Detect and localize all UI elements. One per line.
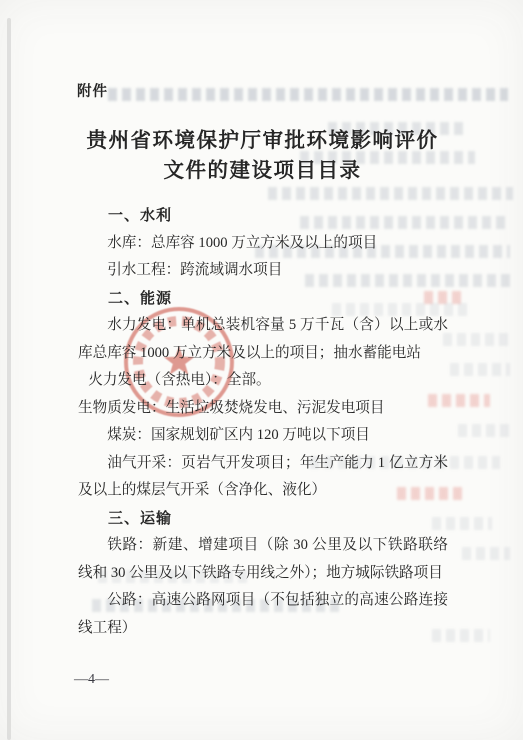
catalog-item-biomass-power: 生物质发电：生活垃圾焚烧发电、污泥发电项目 — [78, 395, 448, 423]
catalog-item-oil-gas: 油气开采：页岩气开发项目；年生产能力 1 亿立方米及以上的煤层气开采（含净化、液… — [78, 450, 448, 505]
scan-edge-shadow — [7, 18, 11, 740]
scanned-document-page: 附件 贵州省环境保护厅审批环境影响评价 文件的建设项目目录 一、水利 水库：总库… — [0, 0, 523, 740]
attachment-label: 附件 — [77, 80, 108, 101]
bleed-through-artifact — [450, 363, 510, 376]
section-heading-transport: 三、运输 — [78, 505, 448, 533]
bleed-through-artifact — [458, 424, 510, 437]
bleed-through-artifact — [443, 333, 511, 346]
bleed-through-artifact — [108, 88, 508, 101]
document-title-line1: 贵州省环境保护厅审批环境影响评价 — [70, 126, 455, 156]
catalog-item-coal: 煤炭：国家规划矿区内 120 万吨以下项目 — [78, 422, 448, 450]
catalog-item-highway: 公路：高速公路网项目（不包括独立的高速公路连接线工程） — [78, 587, 448, 642]
catalog-item-water-diversion: 引水工程：跨流域调水项目 — [78, 257, 448, 285]
section-heading-water: 一、水利 — [78, 202, 448, 230]
document-body: 一、水利 水库：总库容 1000 万立方米及以上的项目 引水工程：跨流域调水项目… — [78, 202, 448, 642]
document-title-line2: 文件的建设项目目录 — [70, 156, 455, 186]
bleed-through-artifact — [268, 187, 513, 200]
page-number: —4— — [74, 672, 109, 688]
document-title: 贵州省环境保护厅审批环境影响评价 文件的建设项目目录 — [70, 126, 455, 186]
catalog-item-reservoir: 水库：总库容 1000 万立方米及以上的项目 — [78, 230, 448, 258]
catalog-item-railway: 铁路：新建、增建项目（除 30 公里及以下铁路联络线和 30 公里及以下铁路专用… — [78, 532, 448, 587]
catalog-item-hydropower: 水力发电：单机总装机容量 5 万千瓦（含）以上或水库总库容 1000 万立方米及… — [78, 312, 448, 367]
section-heading-energy: 二、能源 — [78, 285, 448, 313]
bleed-through-artifact — [462, 547, 510, 560]
catalog-item-thermal-power: 火力发电（含热电）：全部。 — [78, 367, 448, 395]
